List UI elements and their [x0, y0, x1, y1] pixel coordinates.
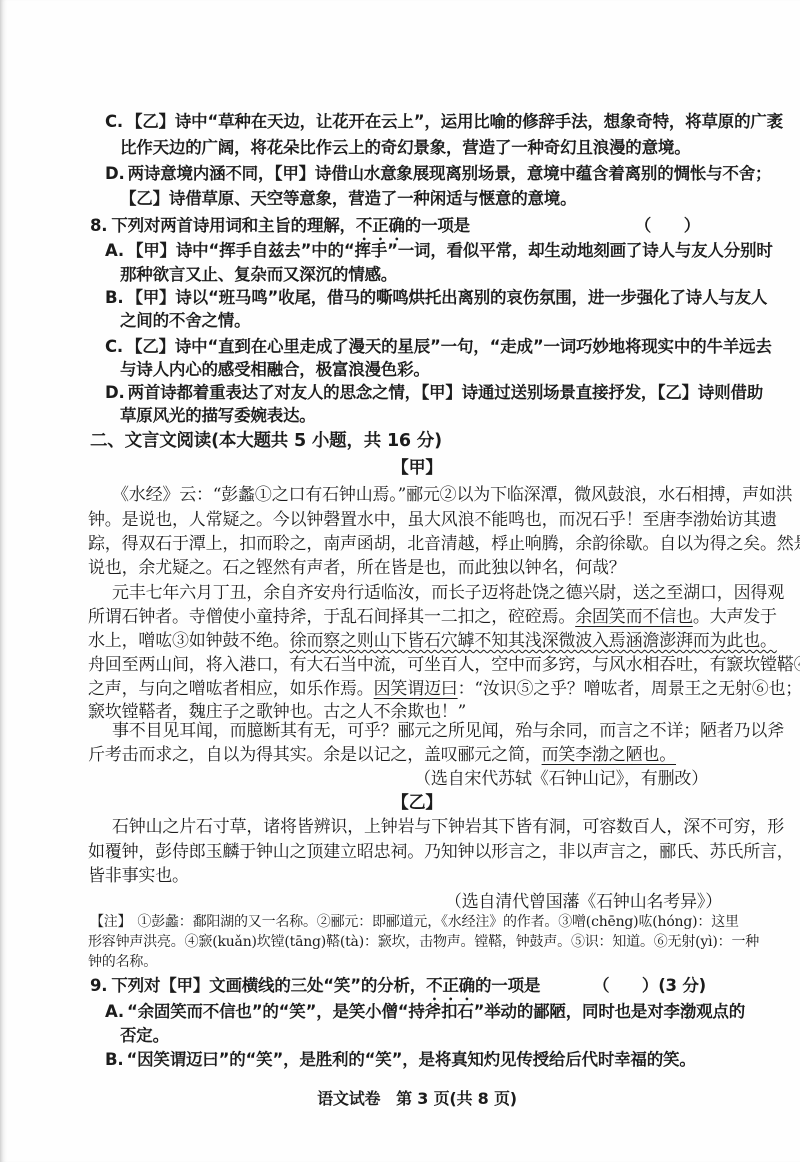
jia-p2-line5: 之声，与向之噌吰者相应，如乐作焉。因笑谓迈曰：“汝识⑤之乎？噌吰者，周景王之无射…	[88, 674, 746, 699]
q9-option-b-text: “因笑谓迈曰”的“笑”，是胜利的“笑”，是将真知灼见传授给后代时幸福的笑。	[126, 1050, 695, 1069]
jia-p3-line2-text: 斤考击而求之，自以为得其实。余是以记之，盖叹郦元之简，	[88, 745, 542, 765]
jia-p3-line2: 斤考击而求之，自以为得其实。余是以记之，盖叹郦元之简，而笑李渤之陋也。	[88, 740, 746, 765]
jia-p2-line5-tail: ：“汝识⑤之乎？噌吰者，周景王之无射⑥也；	[458, 679, 800, 699]
q9-option-b-label: B.	[105, 1050, 123, 1069]
q8-answer-bracket: （ ）	[635, 212, 700, 236]
q8-stem-emphasis: 不正确	[356, 216, 405, 235]
q8-option-d-line2: 草原风光的描写委婉表达。	[120, 402, 746, 426]
q7-option-d-label: D.	[105, 164, 125, 183]
q8-option-a-text: 【甲】诗中“挥手自兹去”中的“挥手”一词，看似平常，却生动地刻画了诗人与友人分别…	[127, 241, 773, 260]
jia-p2-line5-text: 之声，与向之噌吰者相应，如乐作焉。	[88, 679, 374, 699]
jia-p2-line2: 所谓石钟者。寺僧使小童持斧，于乱石间择其一二扣之，硿硿焉。余固笑而不信也。大声发…	[88, 602, 746, 627]
notes-line3: 钟的名称。	[88, 951, 746, 971]
notes-line1-text: ①彭蠡：鄱阳湖的又一名称。②郦元：即郦道元，《水经注》的作者。③噌(chēng)…	[137, 914, 738, 930]
q8-option-c-line1: C.【乙】诗中“直到在心里走成了漫天的星辰”一句，“走成”一词巧妙地将现实中的牛…	[105, 333, 746, 357]
q8-option-a-line1: A.【甲】诗中“挥手自兹去”中的“挥手”一词，看似平常，却生动地刻画了诗人与友人…	[105, 237, 746, 261]
q8-stem-post: 的一项是	[405, 216, 470, 235]
section-2-heading: 二、文言文阅读(本大题共 5 小题，共 16 分)	[90, 427, 746, 452]
q9-option-a-line1: A.“余固笑而不信也”的“笑”，是笑小僧“持斧扣石”举动的鄙陋，同时也是对李渤观…	[105, 998, 746, 1022]
notes-line2: 形容钟声洪亮。④窾(kuǎn)坎镗(tāng)鞳(tà)：窾坎，击物声。镗鞳，钟…	[88, 931, 746, 951]
q9-option-a-text: “余固笑而不信也”的“笑”，是笑小僧“持斧扣石”举动的鄙陋，同时也是对李渤观点的	[127, 1002, 745, 1021]
q9-answer-bracket: （ ）	[593, 976, 658, 995]
q9-stem-pre: 下列对【甲】文画横线的三处“笑”的分析，	[111, 976, 426, 995]
notes-line1: 【注】①彭蠡：鄱阳湖的又一名称。②郦元：即郦道元，《水经注》的作者。③噌(chē…	[90, 911, 746, 931]
jia-p2-line1: 元丰七年六月丁丑，余自齐安舟行适临汝，而长子迈将赴饶之德兴尉，送之至湖口，因得观	[112, 578, 746, 603]
q8-option-d-label: D.	[105, 383, 125, 402]
q8-option-d-text: 两首诗都着重表达了对友人的思念之情，【甲】诗通过送别场景直接抒发，【乙】诗则借助	[128, 383, 764, 402]
jia-p1-line4: 说也，余尤疑之。石之铿然有声者，所在皆是也，而此独以钟名，何哉？	[88, 553, 746, 578]
q8-option-b-label: B.	[105, 288, 123, 307]
yi-p1-line3: 皆非事实也。	[88, 861, 746, 886]
q8-option-a-label: A.	[105, 241, 124, 260]
underlined-phrase-2: 因笑谓迈曰	[374, 679, 458, 699]
q7-option-d-text: 两诗意境内涵不同，【甲】诗借山水意象展现离别场景，意境中蕴含着离别的惆怅与不舍；	[128, 164, 772, 183]
q7-option-d-line1: D.两诗意境内涵不同，【甲】诗借山水意象展现离别场景，意境中蕴含着离别的惆怅与不…	[105, 160, 746, 184]
yi-p1-line2: 如覆钟，彭侍郎玉麟于钟山之顶建立昭忠祠。乃知钟以形言之，非以声言之，郦氏、苏氏所…	[88, 837, 746, 862]
jia-p2-line2-text: 所谓石钟者。寺僧使小童持斧，于乱石间择其一二扣之，硿硿焉。	[88, 607, 575, 627]
q8-option-c-label: C.	[105, 337, 123, 356]
q9-score: (3 分)	[658, 976, 706, 995]
notes-label: 【注】	[90, 914, 131, 930]
wavy-underlined-sentence: 徐而察之则山下皆石穴罅不知其浅深微波入焉涵澹澎湃而为此也。	[290, 631, 777, 651]
underlined-phrase-1: 余固笑而不信也	[575, 607, 693, 627]
jia-p1-line2: 钟。是说也，人常疑之。今以钟磬置水中，虽大风浪不能鸣也，而况石乎！至唐李渤始访其…	[88, 505, 746, 530]
jia-p2-line3-text: 水上，噌吰③如钟鼓不绝。	[88, 631, 290, 651]
q7-option-c-label: C.	[105, 112, 123, 131]
q7-option-c-text: 【乙】诗中“草种在天边，让花开在云上”，运用比喻的修辞手法，想象奇特，将草原的广…	[126, 112, 783, 131]
q9-option-a-line2: 否定。	[120, 1022, 746, 1046]
question-8-number: 8.	[90, 216, 107, 235]
q9-stem-emphasis: 不正确	[426, 976, 475, 995]
page-footer: 语文试卷 第 3 页(共 8 页)	[88, 1086, 746, 1109]
q7-option-c-line1: C.【乙】诗中“草种在天边，让花开在云上”，运用比喻的修辞手法，想象奇特，将草原…	[105, 108, 746, 132]
q8-option-b-line2: 之间的不舍之情。	[120, 307, 746, 331]
yi-source-attribution: （选自清代曾国藩《石钟山名考异》）	[88, 887, 746, 912]
jia-p1-line1: 《水经》云：“彭蠡①之口有石钟山焉。”郦元②以为下临深潭，微风鼓浪，水石相搏，声…	[112, 480, 746, 505]
q8-option-b-text: 【甲】诗以“班马鸣”收尾，借马的嘶鸣烘托出离别的哀伤氛围，进一步强化了诗人与友人	[126, 288, 767, 307]
jia-p3-line1: 事不目见耳闻，而臆断其有无，可乎？郦元之所见闻，殆与余同，而言之不详；陋者乃以斧	[112, 716, 746, 741]
q7-option-c-line2: 比作天边的广阔，将花朵比作云上的奇幻景象，营造了一种奇幻且浪漫的意境。	[120, 134, 746, 158]
passage-yi-title: 【乙】	[88, 788, 746, 813]
q8-option-a-line2: 那种欲言又止、复杂而又深沉的情感。	[120, 261, 746, 285]
exam-paper-page: C.【乙】诗中“草种在天边，让花开在云上”，运用比喻的修辞手法，想象奇特，将草原…	[0, 0, 800, 1162]
jia-p2-line3: 水上，噌吰③如钟鼓不绝。徐而察之则山下皆石穴罅不知其浅深微波入焉涵澹澎湃而为此也…	[88, 626, 746, 651]
jia-p2-line4: 舟回至两山间，将入港口，有大石当中流，可坐百人，空中而多窍，与风水相吞吐，有窾坎…	[88, 650, 746, 675]
q8-stem-pre: 下列对两首诗用词和主旨的理解，	[111, 216, 356, 235]
jia-p1-line3: 踪，得双石于潭上，扣而聆之，南声函胡，北音清越，桴止响腾，余韵徐歇。自以为得之矣…	[88, 529, 746, 554]
passage-jia-title: 【甲】	[88, 453, 746, 478]
q8-option-b-line1: B.【甲】诗以“班马鸣”收尾，借马的嘶鸣烘托出离别的哀伤氛围，进一步强化了诗人与…	[105, 284, 746, 308]
q9-option-b-line1: B.“因笑谓迈曰”的“笑”，是胜利的“笑”，是将真知灼见传授给后代时幸福的笑。	[105, 1046, 746, 1070]
q7-option-d-line2: 【乙】诗借草原、天空等意象，营造了一种闲适与惬意的意境。	[120, 185, 746, 209]
q8-option-c-line2: 与诗人内心的感受相融合，极富浪漫色彩。	[120, 356, 746, 380]
q9-stem-post: 的一项是	[475, 976, 540, 995]
jia-p2-line2-tail: 。大声发于	[693, 607, 777, 627]
question-9-number: 9.	[90, 976, 107, 995]
q9-answer-bracket-and-score: （ ）(3 分)	[593, 972, 706, 996]
q8-option-c-text: 【乙】诗中“直到在心里走成了漫天的星辰”一句，“走成”一词巧妙地将现实中的牛羊远…	[126, 337, 772, 356]
q9-option-a-label: A.	[105, 1002, 124, 1021]
q8-option-d-line1: D.两首诗都着重表达了对友人的思念之情，【甲】诗通过送别场景直接抒发，【乙】诗则…	[105, 379, 746, 403]
jia-source-attribution: （选自宋代苏轼《石钟山记》，有删改）	[88, 764, 746, 789]
underlined-phrase-3: 而笑李渤之陋也。	[542, 745, 676, 765]
yi-p1-line1: 石钟山之片石寸草，诸将皆辨识，上钟岩与下钟岩其下皆有洞，可容数百人，深不可穷，形	[112, 812, 746, 837]
